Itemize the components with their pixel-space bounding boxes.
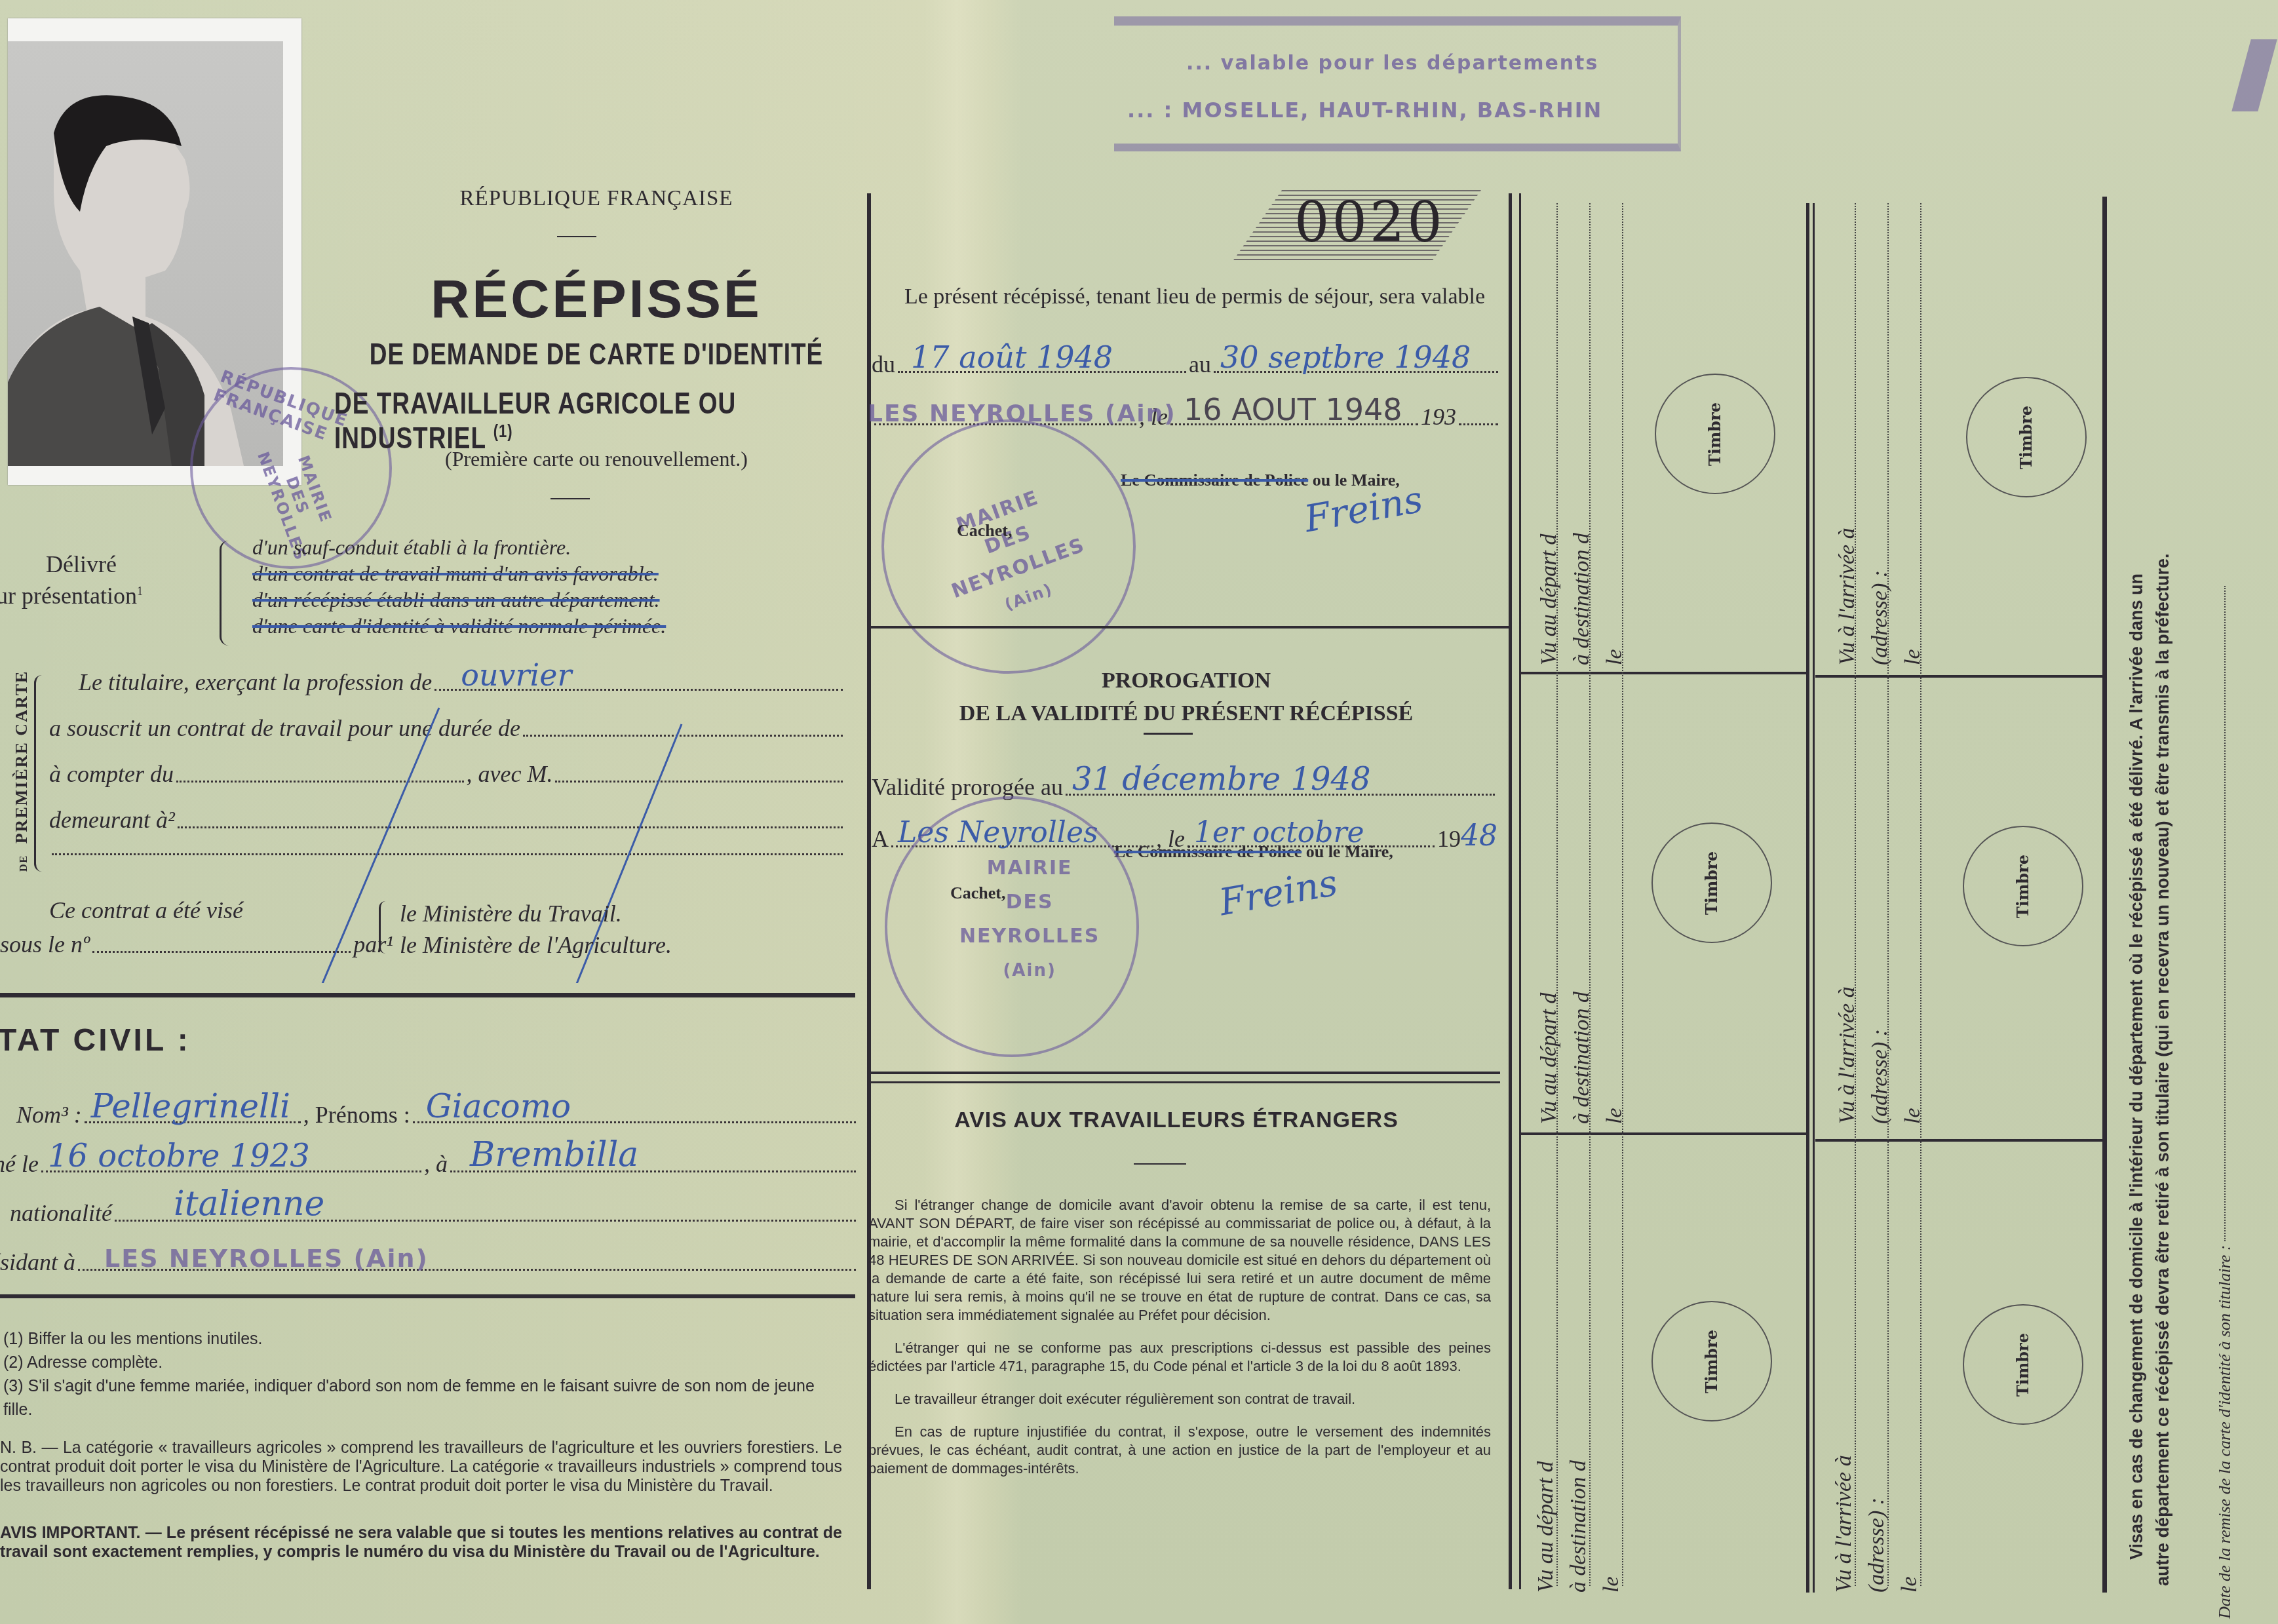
stamp-line-1: ... valable pour les départements	[1186, 52, 1598, 75]
second-seal-mairie: MAIRIE	[959, 851, 1100, 885]
footnote-3: (3) S'il s'agit d'une femme mariée, indi…	[3, 1374, 842, 1421]
avis-important: AVIS IMPORTANT. — Le présent récépissé n…	[0, 1524, 842, 1562]
departure-1-line-3: le	[1602, 649, 1627, 665]
footnote-2: (2) Adresse complète.	[3, 1351, 842, 1374]
visa-column-divider-2	[1813, 203, 1815, 1593]
visa-right-border	[2102, 197, 2107, 1593]
year-prefix: 193	[1421, 403, 1456, 431]
validity-intro: Le présent récépissé, tenant lieu de per…	[872, 282, 1501, 312]
departure-1-line-2: à destination d	[1570, 533, 1594, 665]
residant-label: résidant à	[0, 1248, 75, 1276]
right-margin-notice-1: Visas en cas de changement de domicile à…	[2127, 573, 2147, 1560]
departure-2-line-2: à destination d	[1570, 992, 1594, 1124]
arrival-3-line-3: le	[1897, 1576, 1922, 1593]
left-section-divider	[0, 993, 855, 997]
timbre-circle-d3: Timbre	[1651, 1301, 1772, 1421]
nom-label: Nom³ :	[16, 1101, 82, 1129]
visa-block-separator-1	[1521, 672, 1806, 674]
arrival-2-line-2: (adresse) :	[1868, 1029, 1893, 1124]
departure-2-line-3: le	[1602, 1108, 1627, 1124]
etat-civil-bottom-divider	[0, 1294, 855, 1298]
first-signatory-struck: Le Commissaire de Police	[1121, 471, 1308, 490]
timbre-label: Timbre	[1702, 1329, 1721, 1393]
prorogation-until-field[interactable]: Validité prorogée au 31 décembre 1948	[872, 773, 1497, 801]
timbre-circle-a3: Timbre	[1963, 1304, 2083, 1425]
departure-3-line-3: le	[1599, 1576, 1624, 1593]
arrival-3-line-2: (adresse) :	[1864, 1498, 1889, 1593]
prorogation-rule	[1144, 733, 1193, 735]
second-cachet-label: Cachet,	[950, 883, 1005, 903]
validity-from-field[interactable]: du 17 août 1948 au 30 septbre 1948	[872, 351, 1501, 378]
issue-date-stamp: 16 AOUT 1948	[1184, 392, 1402, 427]
prorogation-year-label: 19	[1437, 825, 1461, 853]
second-seal-neyrolles: NEYROLLES	[959, 919, 1100, 954]
first-seal-center: MAIRIE DES NEYROLLES (Ain)	[927, 474, 1100, 635]
first-signatory-line: Le Commissaire de Police ou le Maire,	[1121, 471, 1400, 490]
prorogation-title-1: PROROGATION	[872, 668, 1501, 693]
timbre-label: Timbre	[2013, 854, 2032, 918]
residant-field[interactable]: résidant à LES NEYROLLES (Ain)	[0, 1248, 859, 1276]
stamp-line-2: ... : MOSELLE, HAUT-RHIN, BAS-RHIN	[1127, 98, 1602, 123]
birth-place-label: , à	[424, 1150, 448, 1178]
visa-block-separator-3	[1521, 1132, 1806, 1135]
etat-civil-heading: ÉTAT CIVIL :	[0, 1022, 191, 1058]
second-mairie-seal: MAIRIE DES NEYROLLES (Ain)	[885, 796, 1139, 1057]
prorogation-until-label: Validité prorogée au	[872, 773, 1063, 801]
visa-number-field[interactable]: sous le nº par¹	[0, 931, 393, 958]
avis-body: Si l'étranger change de domicile avant d…	[868, 1196, 1491, 1478]
first-mairie-seal: MAIRIE DES NEYROLLES (Ain)	[881, 419, 1136, 674]
timbre-circle-a1: Timbre	[1966, 377, 2087, 497]
middle-panel-right-border	[1509, 193, 1512, 1589]
visa-column-divider	[1806, 203, 1809, 1593]
arrival-3-line-1: Vu à l'arrivée à	[1832, 1455, 1857, 1593]
arrival-1-line-1: Vu à l'arrivée à	[1835, 528, 1860, 665]
birth-date-value: 16 octobre 1923	[48, 1138, 310, 1174]
avis-divider-1	[871, 1072, 1500, 1074]
residant-value: LES NEYROLLES (Ain)	[104, 1244, 429, 1273]
timbre-circle-a2: Timbre	[1963, 826, 2083, 946]
date-remise-field[interactable]	[2224, 586, 2226, 1241]
prenoms-value: Giacomo	[426, 1087, 571, 1125]
birth-field[interactable]: né le 16 octobre 1923 , à Brembilla	[0, 1150, 859, 1178]
arrival-2-line-1: Vu à l'arrivée à	[1835, 986, 1860, 1124]
avis-paragraph-1: Si l'étranger change de domicile avant d…	[868, 1196, 1491, 1324]
right-margin-notice-2: autre département ce récépissé devra êtr…	[2153, 553, 2173, 1586]
nb-note: N. B. — La catégorie « travailleurs agri…	[0, 1439, 842, 1496]
timbre-circle-d2: Timbre	[1651, 822, 1772, 943]
nom-value: Pellegrinelli	[91, 1087, 290, 1125]
avis-paragraph-2: L'étranger qui ne se conforme pas aux pr…	[868, 1339, 1491, 1376]
second-signatory-struck: Le Commissaire de Police	[1114, 842, 1302, 861]
nationalite-label: nationalité	[10, 1199, 112, 1227]
avis-divider-2	[871, 1081, 1500, 1083]
birth-place-value: Brembilla	[470, 1135, 638, 1174]
vise-label-1: Ce contrat a été visé	[49, 897, 243, 924]
arrival-2-line-3: le	[1901, 1108, 1925, 1124]
timbre-label: Timbre	[1705, 402, 1724, 465]
prenoms-label: , Prénoms :	[303, 1101, 410, 1129]
arrival-1-line-3: le	[1901, 649, 1925, 665]
nationalite-value: italienne	[174, 1184, 324, 1224]
middle-panel-right-border-2	[1519, 193, 1521, 1589]
first-cachet-label: Cachet,	[957, 521, 1012, 541]
vise-label-2: sous le nº	[0, 931, 90, 958]
vise-brace	[379, 901, 387, 954]
prorogation-until-value: 31 décembre 1948	[1072, 761, 1371, 798]
avis-rule	[1134, 1163, 1186, 1165]
second-signatory-kept: ou le Maire,	[1306, 842, 1393, 861]
second-signatory-line: Le Commissaire de Police ou le Maire,	[1114, 842, 1393, 862]
departure-1-line-1: Vu au départ d	[1537, 533, 1562, 665]
nom-field[interactable]: Nom³ : Pellegrinelli , Prénoms : Giacomo	[16, 1101, 859, 1129]
visa-block-separator-4	[1815, 1139, 2102, 1142]
au-label: au	[1189, 351, 1211, 378]
departure-3-line-2: à destination d	[1566, 1460, 1591, 1593]
serial-number: 0020	[1294, 190, 1445, 254]
timbre-label: Timbre	[2017, 405, 2036, 469]
timbre-circle-d1: Timbre	[1655, 374, 1775, 494]
second-seal-ain: (Ain)	[959, 954, 1100, 988]
footnotes: (1) Biffer la ou les mentions inutiles. …	[3, 1327, 842, 1421]
vise-options: le Ministère du Travail. le Ministère de…	[400, 898, 672, 961]
footnote-1: (1) Biffer la ou les mentions inutiles.	[3, 1327, 842, 1351]
prorogation-divider	[871, 626, 1509, 628]
prorogation-a-label: A	[872, 825, 889, 853]
timbre-label: Timbre	[1702, 851, 1721, 914]
du-value: 17 août 1948	[911, 339, 1113, 375]
avis-paragraph-4: En cas de rupture injustifiée du contrat…	[868, 1423, 1491, 1478]
departure-3-line-1: Vu au départ d	[1534, 1461, 1558, 1593]
au-value: 30 septbre 1948	[1220, 339, 1471, 375]
prorogation-year-value: 48	[1461, 819, 1497, 853]
arrival-1-line-2: (adresse) :	[1868, 570, 1893, 665]
vise-option-agriculture: le Ministère de l'Agriculture.	[400, 929, 672, 961]
second-seal-center: MAIRIE DES NEYROLLES (Ain)	[959, 851, 1100, 988]
ne-le-label: né le	[0, 1150, 39, 1178]
timbre-label: Timbre	[2013, 1332, 2032, 1396]
right-margin-date-label: Date de la remise de la carte d'identité…	[2215, 586, 2235, 1619]
cancel-strokes-icon	[0, 0, 852, 983]
nationalite-field[interactable]: nationalité italienne	[10, 1199, 859, 1227]
departure-2-line-1: Vu au départ d	[1537, 992, 1562, 1124]
date-remise-label: Date de la remise de la carte d'identité…	[2215, 1245, 2235, 1619]
du-label: du	[872, 351, 895, 378]
department-validity-stamp: ... valable pour les départements ... : …	[1114, 16, 1681, 151]
prorogation-title-2: DE LA VALIDITÉ DU PRÉSENT RÉCÉPISSÉ	[872, 701, 1501, 726]
visa-block-separator-2	[1815, 675, 2102, 678]
vise-option-travail: le Ministère du Travail.	[400, 898, 672, 929]
avis-title: AVIS AUX TRAVAILLEURS ÉTRANGERS	[872, 1108, 1481, 1133]
avis-paragraph-3: Le travailleur étranger doit exécuter ré…	[868, 1390, 1491, 1408]
